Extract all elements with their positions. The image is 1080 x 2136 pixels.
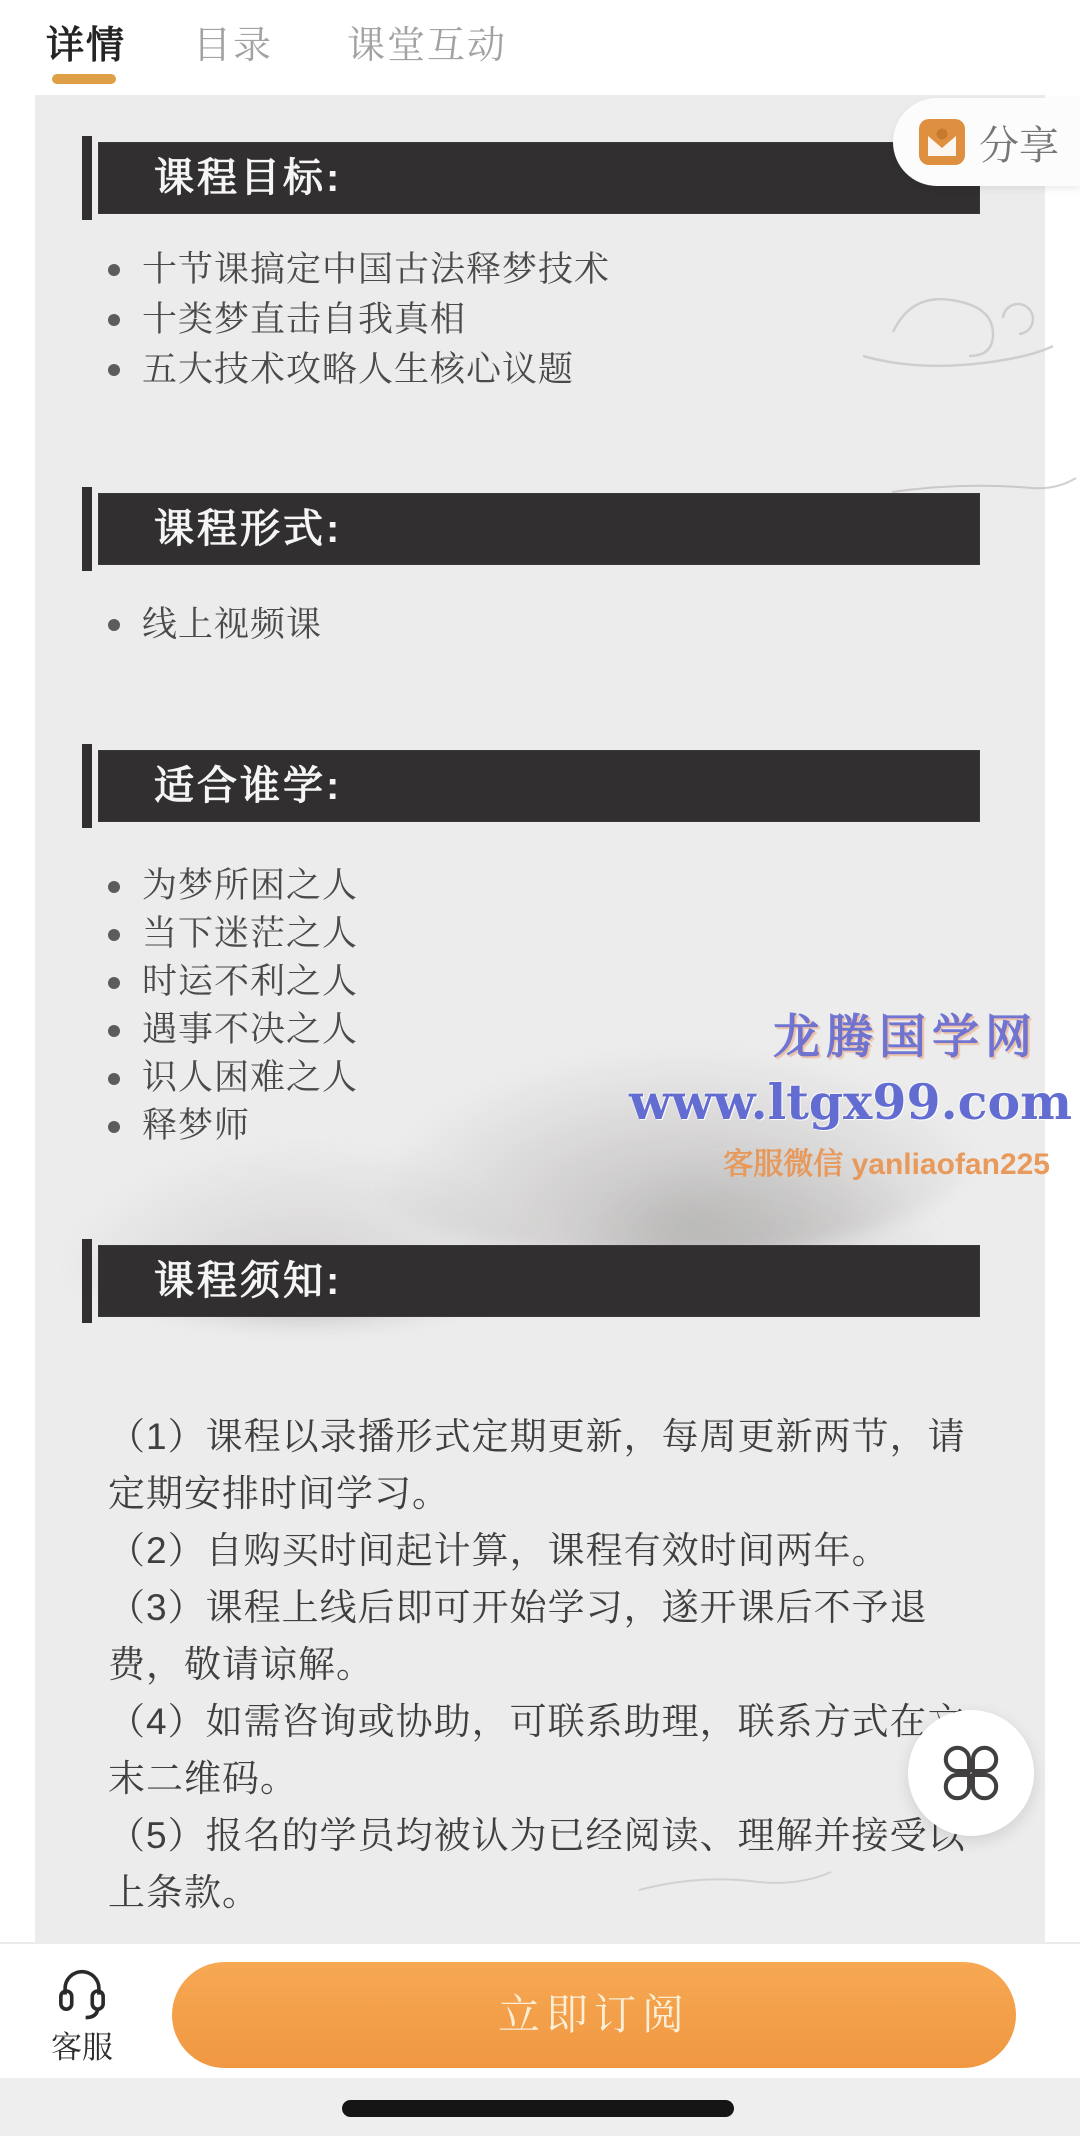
section-header-bar: 课程须知:	[82, 1245, 980, 1317]
section-header-bar: 适合谁学:	[82, 750, 980, 822]
gesture-footer	[0, 2078, 1080, 2136]
section-header-bar: 课程形式:	[82, 493, 980, 565]
bullet-dot-icon	[108, 619, 120, 631]
list-item: 遇事不决之人	[108, 1006, 980, 1054]
list-item-text: 十类梦直击自我真相	[142, 295, 466, 345]
course-notes-text: （1）课程以录播形式定期更新，每周更新两节，请定期安排时间学习。 （2）自购买时…	[108, 1408, 970, 1921]
share-button[interactable]: 分享	[893, 98, 1080, 186]
list-item-text: 识人困难之人	[142, 1054, 358, 1102]
section-title: 课程须知:	[98, 1245, 980, 1317]
customer-service-button[interactable]: 客服	[22, 1962, 142, 2067]
headset-icon	[53, 1962, 111, 2020]
list-item-text: 当下迷茫之人	[142, 910, 358, 958]
tab-class-interaction[interactable]: 课堂互动	[347, 14, 507, 69]
active-tab-underline	[52, 74, 116, 84]
section-title: 适合谁学:	[98, 750, 980, 822]
bullet-dot-icon	[108, 1073, 120, 1085]
note-paragraph: （4）如需咨询或协助，可联系助理，联系方式在文末二维码。	[108, 1693, 970, 1807]
section-accent-bar	[82, 744, 92, 828]
floating-panel-button[interactable]	[908, 1710, 1034, 1836]
list-item: 时运不利之人	[108, 958, 980, 1006]
list-item: 释梦师	[108, 1102, 980, 1150]
section-accent-bar	[82, 487, 92, 571]
bottom-action-bar: 客服 立即订阅	[0, 1942, 1080, 2080]
content-card: 课程目标: 十节课搞定中国古法释梦技术 十类梦直击自我真相 五大技术攻略人生核心…	[35, 95, 1045, 1942]
section-accent-bar	[82, 136, 92, 220]
section-header-bar: 课程目标:	[82, 142, 980, 214]
bullet-dot-icon	[108, 264, 120, 276]
tab-bar: 详情 目录 课堂互动	[0, 0, 1080, 95]
bullet-dot-icon	[108, 1121, 120, 1133]
section-course-notes: 课程须知: （1）课程以录播形式定期更新，每周更新两节，请定期安排时间学习。 （…	[82, 1245, 980, 1921]
tab-catalog[interactable]: 目录	[193, 14, 273, 69]
customer-service-label: 客服	[51, 2022, 113, 2067]
bullet-list: 十节课搞定中国古法释梦技术 十类梦直击自我真相 五大技术攻略人生核心议题	[82, 245, 980, 395]
home-indicator-bar[interactable]	[342, 2100, 734, 2117]
section-course-goals: 课程目标: 十节课搞定中国古法释梦技术 十类梦直击自我真相 五大技术攻略人生核心…	[82, 142, 980, 395]
list-item-text: 十节课搞定中国古法释梦技术	[142, 245, 610, 295]
list-item: 当下迷茫之人	[108, 910, 980, 958]
bullet-list: 为梦所困之人 当下迷茫之人 时运不利之人 遇事不决之人 识人困难之人 释梦师	[82, 862, 980, 1150]
list-item: 十类梦直击自我真相	[108, 295, 980, 345]
list-item: 线上视频课	[108, 600, 980, 650]
note-paragraph: （3）课程上线后即可开始学习，遂开课后不予退费，敬请谅解。	[108, 1579, 970, 1693]
bullet-list: 线上视频课	[82, 600, 980, 650]
section-course-format: 课程形式: 线上视频课	[82, 493, 980, 650]
bullet-dot-icon	[108, 1025, 120, 1037]
bullet-dot-icon	[108, 314, 120, 326]
list-item-text: 为梦所困之人	[142, 862, 358, 910]
clover-icon	[940, 1742, 1002, 1804]
section-accent-bar	[82, 1239, 92, 1323]
list-item-text: 释梦师	[142, 1102, 250, 1150]
list-item: 五大技术攻略人生核心议题	[108, 345, 980, 395]
section-title: 课程形式:	[98, 493, 980, 565]
bullet-dot-icon	[108, 977, 120, 989]
bullet-dot-icon	[108, 881, 120, 893]
section-title: 课程目标:	[98, 142, 980, 214]
tab-class-interaction-label: 课堂互动	[347, 25, 507, 67]
note-paragraph: （5）报名的学员均被认为已经阅读、理解并接受以上条款。	[108, 1807, 970, 1921]
list-item-text: 线上视频课	[142, 600, 322, 650]
tab-details[interactable]: 详情	[46, 14, 126, 69]
share-envelope-icon	[919, 119, 965, 165]
section-target-audience: 适合谁学: 为梦所困之人 当下迷茫之人 时运不利之人 遇事不决之人 识人困难之人…	[82, 750, 980, 1150]
tab-catalog-label: 目录	[193, 25, 273, 67]
subscribe-now-button[interactable]: 立即订阅	[172, 1962, 1016, 2068]
tab-details-label: 详情	[46, 25, 126, 67]
list-item-text: 五大技术攻略人生核心议题	[142, 345, 574, 395]
list-item: 识人困难之人	[108, 1054, 980, 1102]
bullet-dot-icon	[108, 364, 120, 376]
note-paragraph: （2）自购买时间起计算，课程有效时间两年。	[108, 1522, 970, 1579]
share-button-label: 分享	[979, 114, 1059, 171]
list-item: 为梦所困之人	[108, 862, 980, 910]
list-item-text: 时运不利之人	[142, 958, 358, 1006]
note-paragraph: （1）课程以录播形式定期更新，每周更新两节，请定期安排时间学习。	[108, 1408, 970, 1522]
list-item-text: 遇事不决之人	[142, 1006, 358, 1054]
course-detail-screen: 详情 目录 课堂互动	[0, 0, 1080, 2136]
bullet-dot-icon	[108, 929, 120, 941]
list-item: 十节课搞定中国古法释梦技术	[108, 245, 980, 295]
